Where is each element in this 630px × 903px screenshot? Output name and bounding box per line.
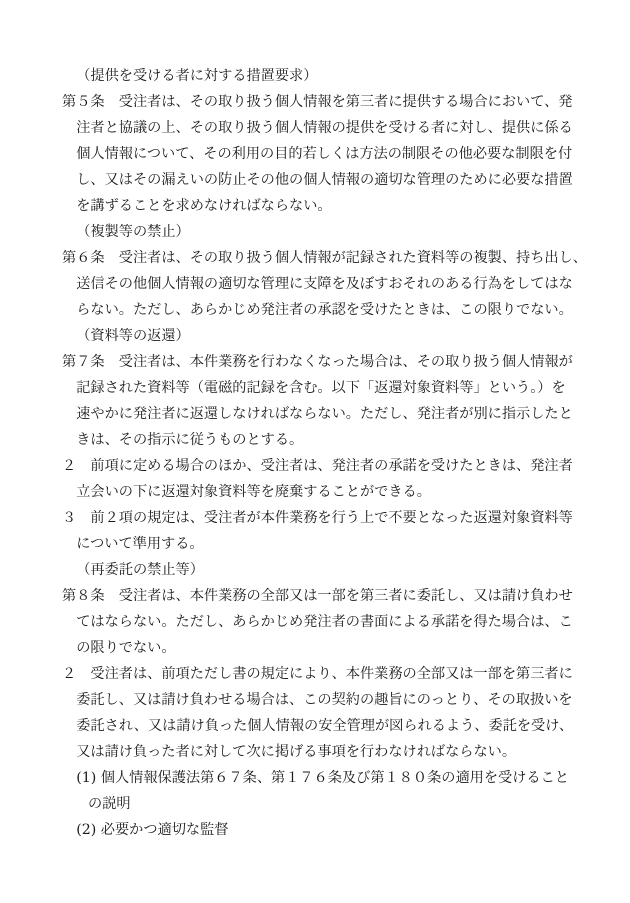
article8-paragraph2-line: ２ 受注者は、前項ただし書の規定により、本件業務の全部又は一部を第三者に [62, 661, 577, 687]
article5-line: を講ずることを求めなければならない。 [62, 193, 577, 219]
article5-line: 注者と協議の上、その取り扱う個人情報の提供を受ける者に対し、提供に係る [62, 115, 577, 141]
article7-line: 速やかに発注者に返還しなければならない。ただし、発注者が別に指示したと [62, 401, 577, 427]
article7-paragraph2-line: ２ 前項に定める場合のほか、受注者は、発注者の承諾を受けたときは、発注者 [62, 453, 577, 479]
document-page: （提供を受ける者に対する措置要求） 第５条 受注者は、その取り扱う個人情報を第三… [0, 0, 630, 903]
article8-line: 第８条 受注者は、本件業務の全部又は一部を第三者に委託し、又は請け負わせ [62, 583, 577, 609]
section-heading-article5: （提供を受ける者に対する措置要求） [62, 63, 577, 89]
article6-line: 第６条 受注者は、その取り扱う個人情報が記録された資料等の複製、持ち出し、 [62, 245, 577, 271]
section-heading-article8: （再委託の禁止等） [62, 557, 577, 583]
section-heading-article6: （複製等の禁止） [62, 219, 577, 245]
article5-line: し、又はその漏えいの防止その他の個人情報の適切な管理のために必要な措置 [62, 167, 577, 193]
article7-line: きは、その指示に従うものとする。 [62, 427, 577, 453]
article8-paragraph2-line: 又は請け負った者に対して次に掲げる事項を行わなければならない。 [62, 739, 577, 765]
article6-line: らない。ただし、あらかじめ発注者の承認を受けたときは、この限りでない。 [62, 297, 577, 323]
article7-line: 記録された資料等（電磁的記録を含む。以下「返還対象資料等」という。）を [62, 375, 577, 401]
article7-paragraph2-line: 立会いの下に返還対象資料等を廃棄することができる。 [62, 479, 577, 505]
article8-line: の限りでない。 [62, 635, 577, 661]
article8-item1-line: (1) 個人情報保護法第６７条、第１７６条及び第１８０条の適用を受けること [62, 765, 577, 791]
article8-paragraph2-line: 委託し、又は請け負わせる場合は、この契約の趣旨にのっとり、その取扱いを [62, 687, 577, 713]
article5-line: 第５条 受注者は、その取り扱う個人情報を第三者に提供する場合において、発 [62, 89, 577, 115]
article7-line: 第７条 受注者は、本件業務を行わなくなった場合は、その取り扱う個人情報が [62, 349, 577, 375]
article6-line: 送信その他個人情報の適切な管理に支障を及ぼすおそれのある行為をしてはな [62, 271, 577, 297]
article7-paragraph3-line: について準用する。 [62, 531, 577, 557]
article8-paragraph2-line: 委託され、又は請け負った個人情報の安全管理が図られるよう、委託を受け、 [62, 713, 577, 739]
article8-item2-line: (2) 必要かつ適切な監督 [62, 817, 577, 843]
article8-line: てはならない。ただし、あらかじめ発注者の書面による承諾を得た場合は、こ [62, 609, 577, 635]
contract-text-block: （提供を受ける者に対する措置要求） 第５条 受注者は、その取り扱う個人情報を第三… [62, 63, 577, 843]
article5-line: 個人情報について、その利用の目的若しくは方法の制限その他必要な制限を付 [62, 141, 577, 167]
article8-item1-line: の説明 [62, 791, 577, 817]
section-heading-article7: （資料等の返還） [62, 323, 577, 349]
article7-paragraph3-line: ３ 前２項の規定は、受注者が本件業務を行う上で不要となった返還対象資料等 [62, 505, 577, 531]
